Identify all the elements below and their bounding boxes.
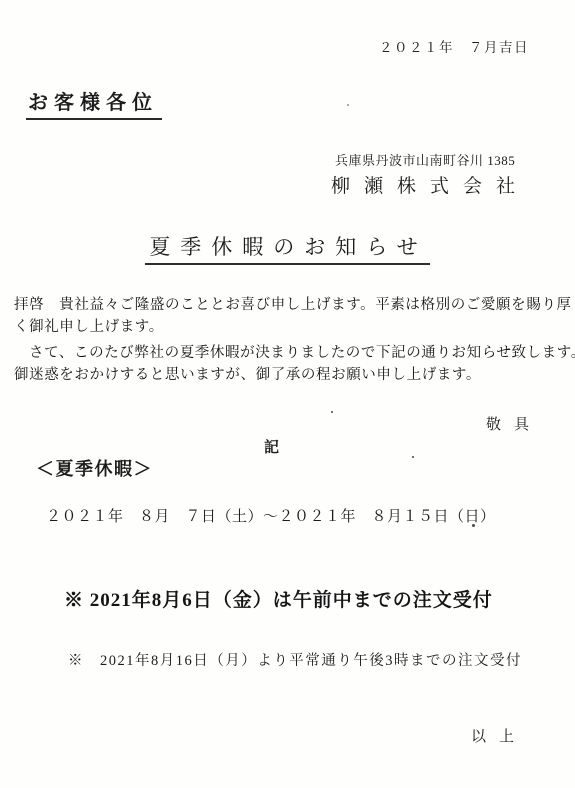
recipient-line: お客様各位: [26, 86, 162, 120]
end-marker-ijou: 以上: [471, 725, 527, 746]
holiday-period-dates: ２０２１年 ８月 ７日（土）～２０２１年 ８月１５日（日）: [46, 505, 496, 526]
closing-keigu: 敬具: [486, 413, 542, 434]
greeting-paragraph-line-2: く御礼申し上げます。: [14, 315, 562, 336]
greeting-paragraph-line-1: 拝啓 貴社益々ご隆盛のこととお喜び申し上げます。平素は格別のご愛願を賜り厚: [14, 293, 562, 314]
sender-address: 兵庫県丹波市山南町谷川 1385: [335, 150, 515, 169]
note-order-deadline-before: ※ 2021年8月6日（金）は午前中までの注文受付: [64, 585, 493, 612]
sender-company-name: 柳瀬株式会社: [331, 171, 529, 198]
letter-page: ２０２１年 ７月吉日 お客様各位 兵庫県丹波市山南町谷川 1385 柳瀬株式会社…: [0, 0, 575, 788]
issue-date: ２０２１年 ７月吉日: [379, 36, 529, 56]
scan-speck: [331, 411, 333, 413]
scan-speck: [412, 456, 414, 458]
scan-speck: [472, 524, 475, 527]
notice-paragraph-line-1: さて、このたび弊社の夏季休暇が決まりましたので下記の通りお知らせ致します。: [14, 341, 562, 362]
record-marker-ki: 記: [264, 436, 281, 457]
scan-speck: [347, 104, 349, 106]
section-heading-summer-holiday: ＜夏季休暇＞: [36, 455, 153, 481]
notice-paragraph-line-2: 御迷惑をおかけすると思いますが、御了承の程お願い申し上げます。: [14, 363, 562, 384]
note-order-resume-after: ※ 2021年8月16日（月）より平常通り午後3時までの注文受付: [68, 649, 522, 670]
document-title: 夏季休暇のお知らせ: [145, 231, 429, 265]
document-title-row: 夏季休暇のお知らせ: [0, 231, 575, 265]
